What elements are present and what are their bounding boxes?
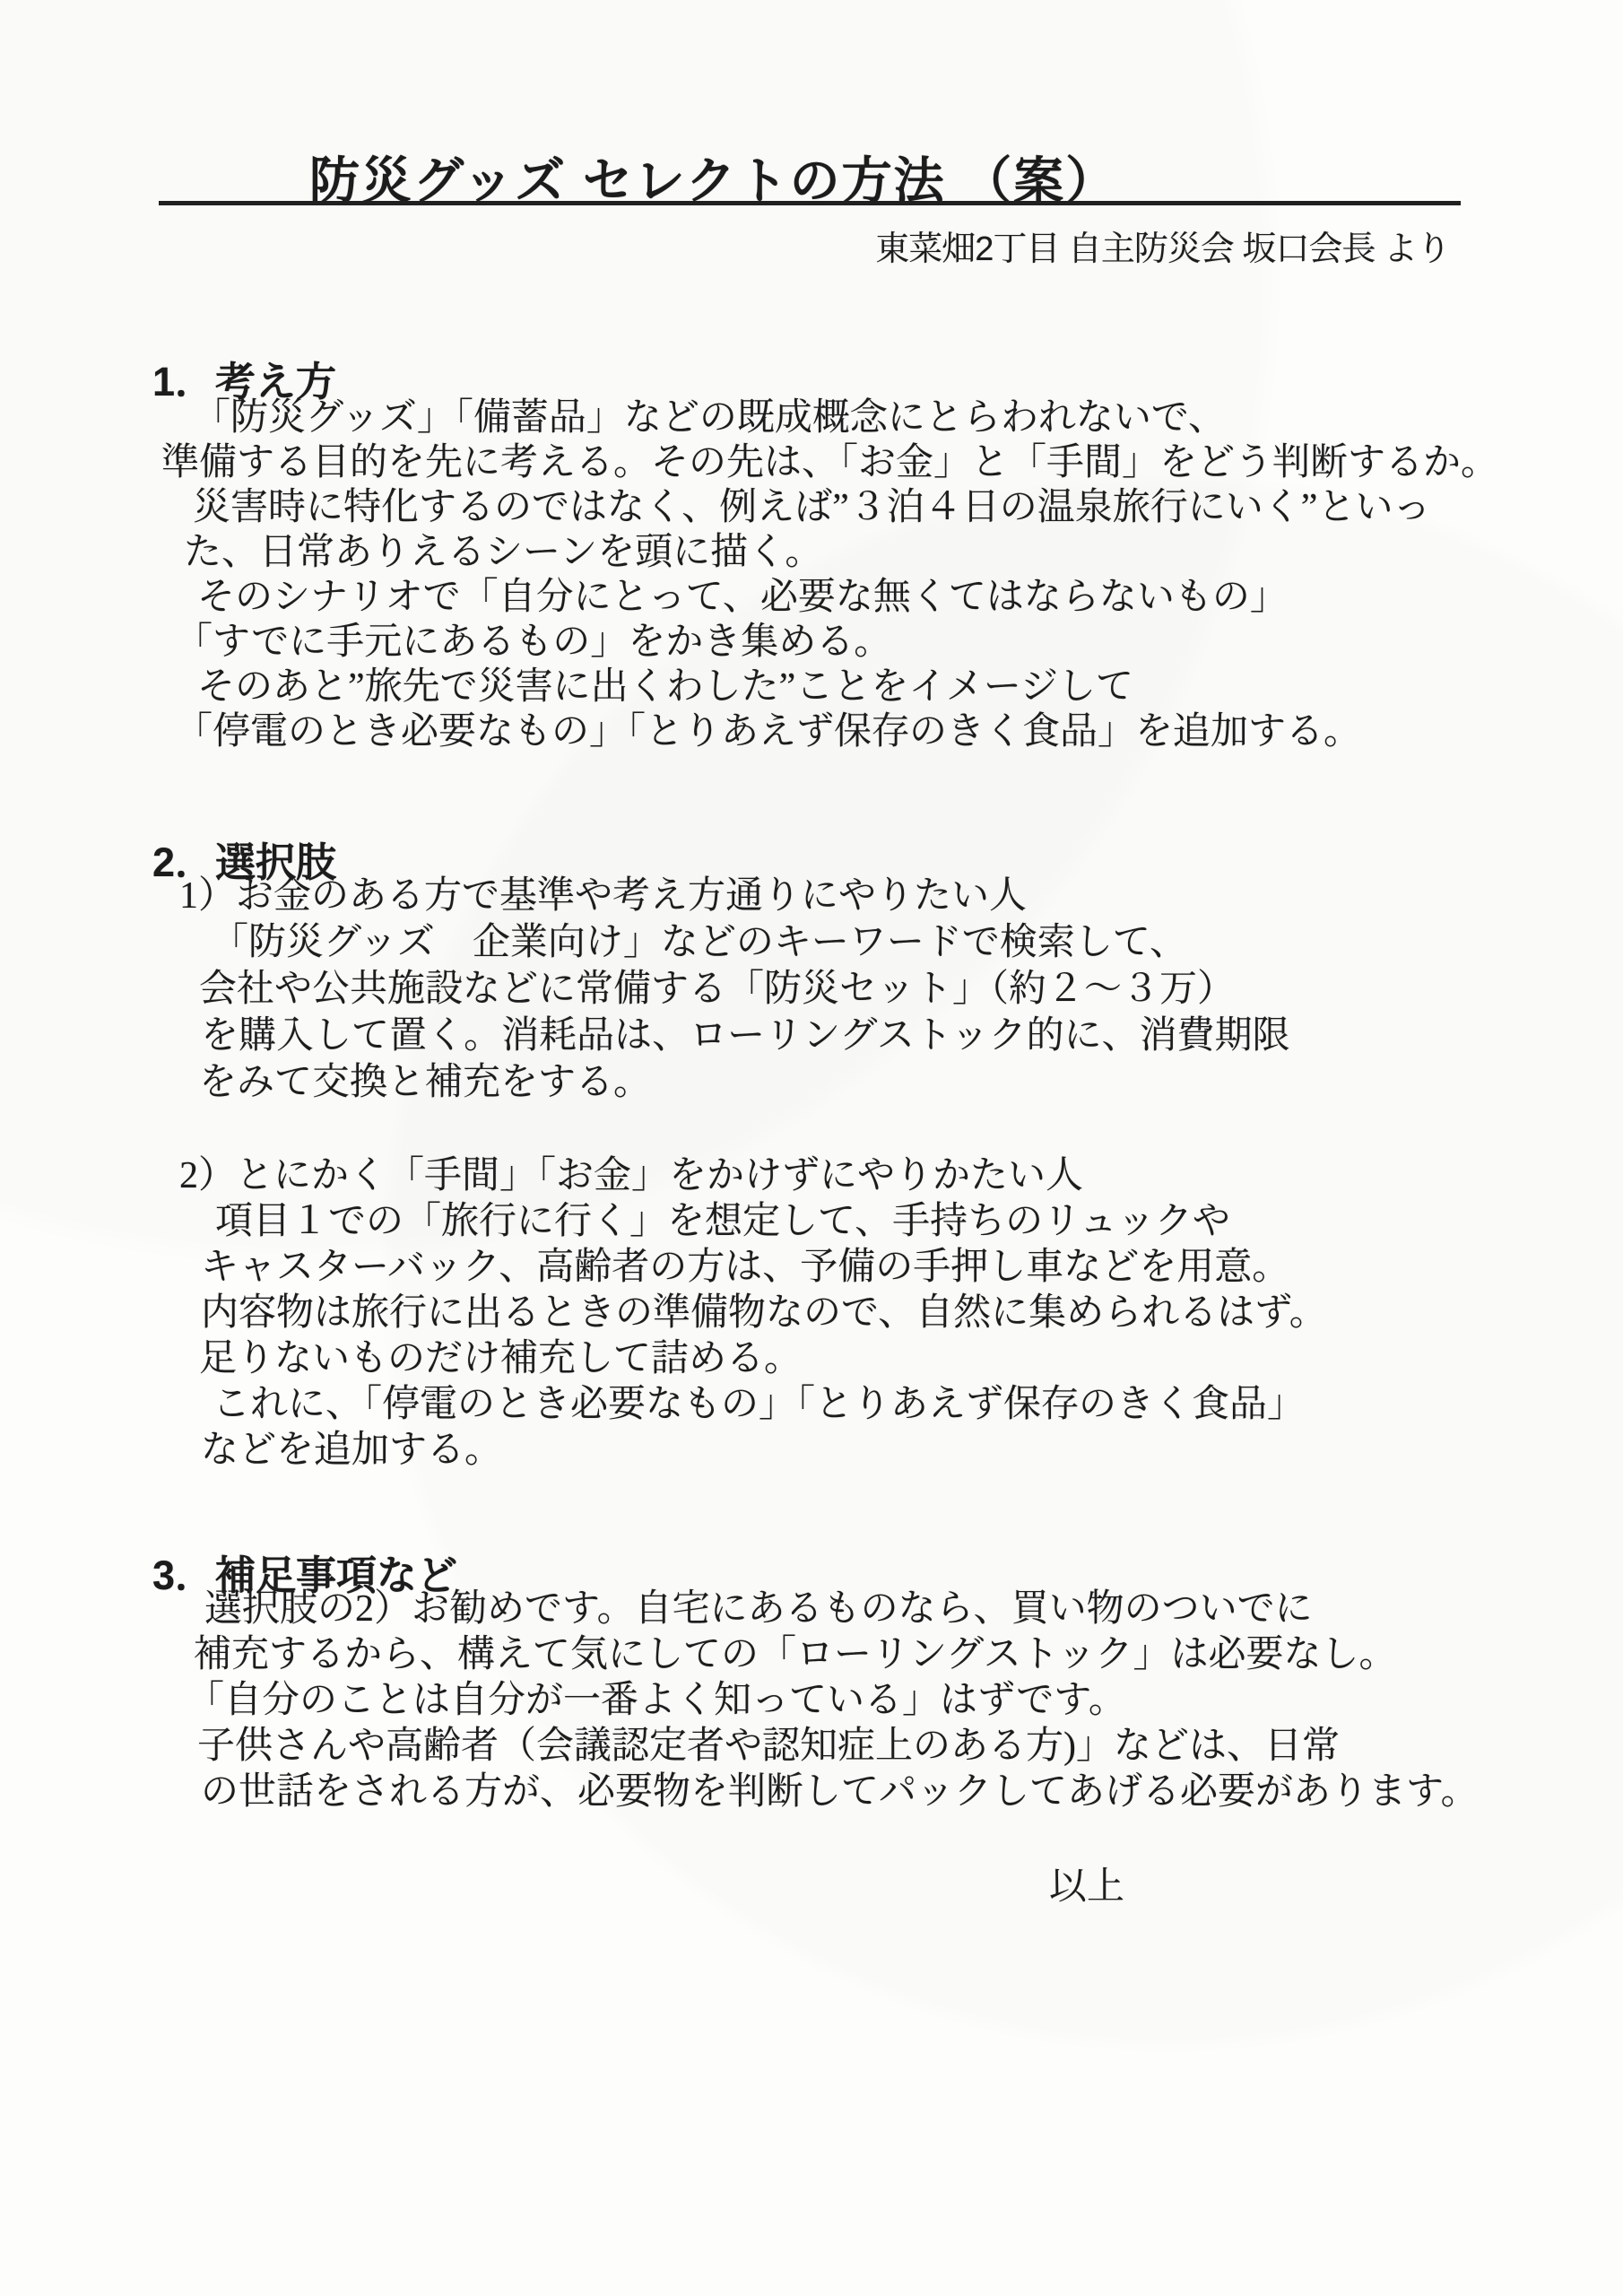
- text-line: を購入して置く。消耗品は、ローリングストック的に、消費期限: [201, 1013, 1614, 1059]
- text-line: 足りないものだけ補充して詰める。: [199, 1336, 1614, 1382]
- section-3-body: 選択肢の2）お勧めです。自宅にあるものなら、買い物のついでに 補充するから、構え…: [179, 1587, 1614, 1815]
- scanned-document-page: 防災グッズ セレクトの方法 （案） 東菜畑2丁目 自主防災会 坂口会長 より 1…: [0, 0, 1623, 2296]
- text-line: などを追加する。: [201, 1428, 1614, 1474]
- attribution-line: 東菜畑2丁目 自主防災会 坂口会長 より: [875, 221, 1450, 270]
- section-2-option-2: 2）とにかく「手間」「お金」をかけずにやりかたい人 項目１での「旅行に行く」を想…: [179, 1153, 1614, 1474]
- text-line: 補充するから、構えて気にしての「ローリングストック」は必要なし。: [194, 1632, 1614, 1678]
- text-line: 準備する目的を先に考える。その先は、「お金」と「手間」をどう判断するか。: [161, 440, 1583, 485]
- text-line: そのあと”旅先で災害に出くわした”ことをイメージして: [197, 665, 1583, 709]
- text-line: 「防災グッズ」「備蓄品」などの既成概念にとらわれないで、: [193, 396, 1583, 440]
- text-line: をみて交換と補充をする。: [199, 1059, 1614, 1106]
- text-line: そのシナリオで「自分にとって、必要な無くてはならないもの」: [197, 575, 1583, 620]
- text-line: 1）お金のある方で基準や考え方通りにやりたい人: [179, 873, 1614, 919]
- text-line: 「自分のことは自分が一番よく知っている」はずです。: [187, 1678, 1614, 1724]
- text-line: 選択肢の2）お勧めです。自宅にあるものなら、買い物のついでに: [204, 1587, 1614, 1632]
- text-line: これに、「停電のとき必要なもの」「とりあえず保存のきく食品」: [213, 1382, 1614, 1428]
- text-line: 会社や公共施設などに常備する「防災セット」（約２～３万）: [199, 966, 1614, 1013]
- text-line: 2）とにかく「手間」「お金」をかけずにやりかたい人: [179, 1153, 1614, 1199]
- text-line: 「防災グッズ 企業向け」などのキーワードで検索して、: [211, 919, 1614, 966]
- text-line: 「停電のとき必要なもの」「とりあえず保存のきく食品」を追加する。: [175, 709, 1583, 754]
- text-line: 子供さんや高齢者（会議認定者や認知症上のある方)」などは、日常: [197, 1724, 1614, 1770]
- text-line: の世話をされる方が、必要物を判断してパックしてあげる必要があります。: [201, 1770, 1614, 1815]
- closing-word: 以上: [1049, 1857, 1124, 1910]
- text-line: た、日常ありえるシーンを頭に描く。: [184, 530, 1583, 575]
- text-line: 災害時に特化するのではなく、例えば”３泊４日の温泉旅行にいく”といっ: [193, 485, 1583, 530]
- text-line: 項目１での「旅行に行く」を想定して、手持ちのリュックや: [215, 1199, 1614, 1245]
- text-line: 「すでに手元にあるもの」をかき集める。: [175, 620, 1583, 665]
- section-2-option-1: 1）お金のある方で基準や考え方通りにやりたい人 「防災グッズ 企業向け」などのキ…: [179, 873, 1614, 1106]
- text-line: キャスターバック、高齢者の方は、予備の手押し車などを用意。: [201, 1245, 1614, 1291]
- section-1-body: 「防災グッズ」「備蓄品」などの既成概念にとらわれないで、 準備する目的を先に考え…: [148, 396, 1583, 754]
- text-line: 内容物は旅行に出るときの準備物なので、自然に集められるはず。: [201, 1291, 1614, 1336]
- title-divider-line: [159, 201, 1461, 205]
